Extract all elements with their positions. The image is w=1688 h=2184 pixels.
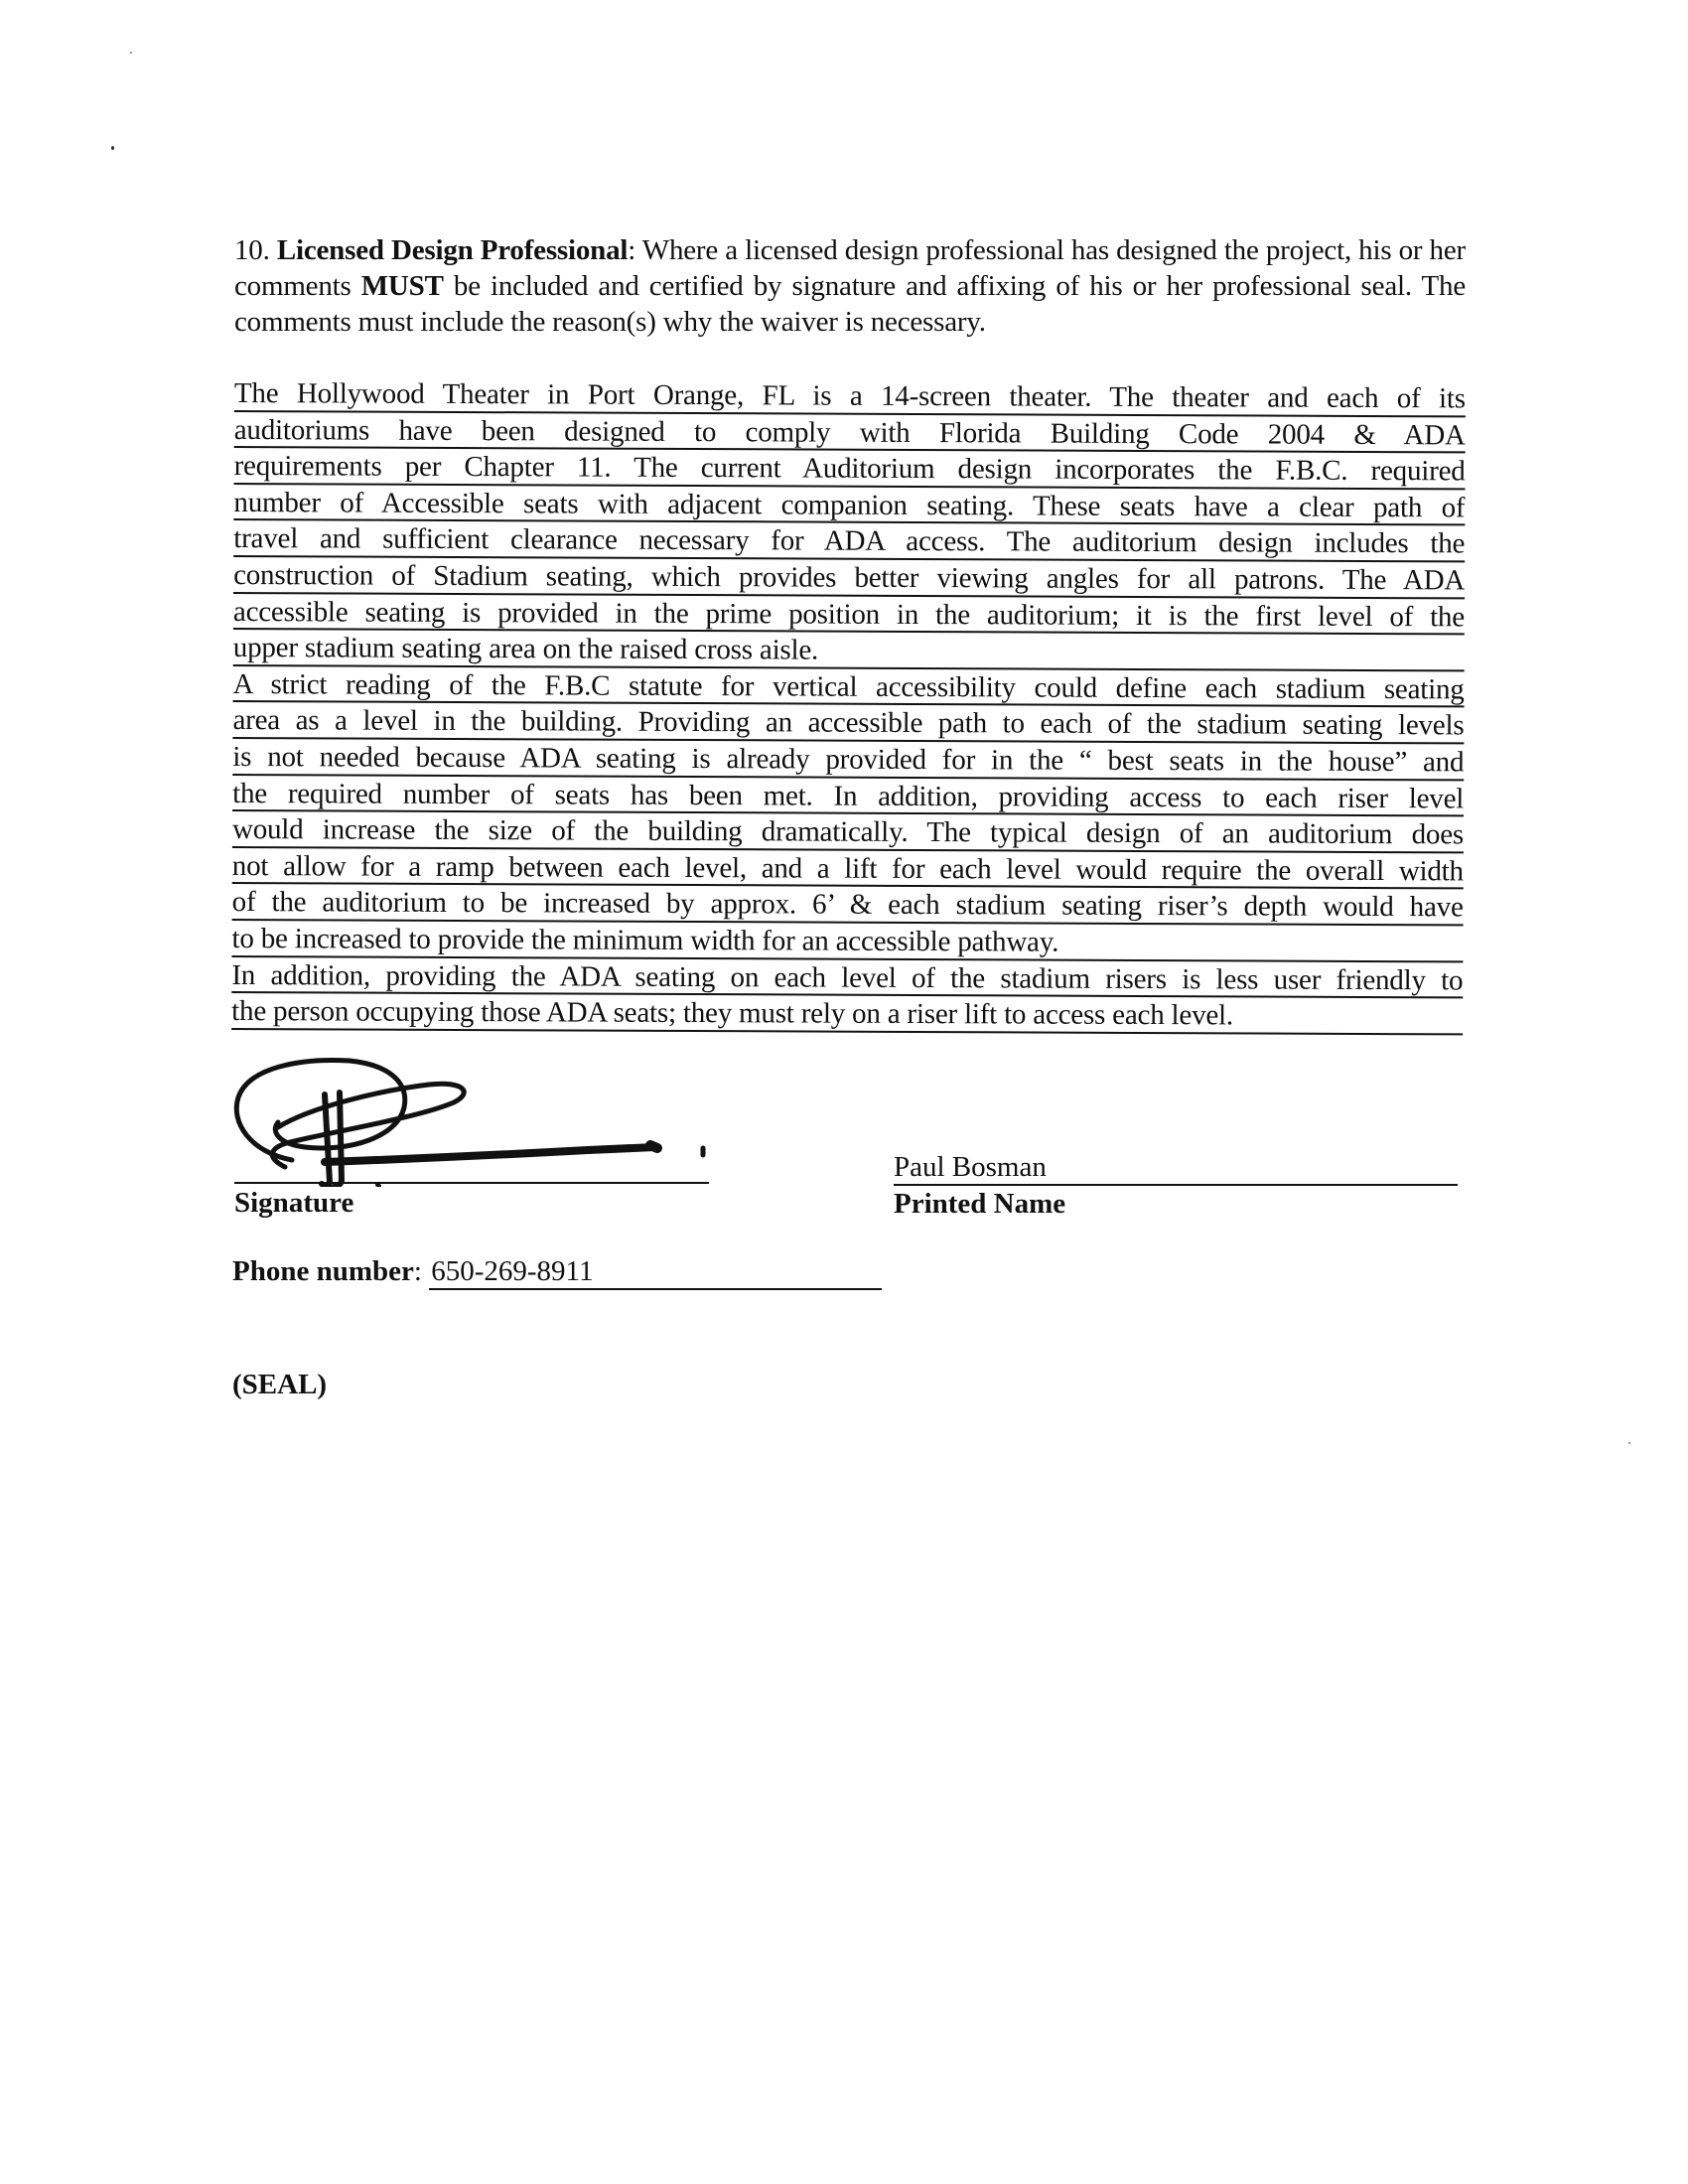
signature-block: Signature (230, 1053, 707, 1222)
comment-line: upper stadium seating area on the raised… (233, 630, 1465, 671)
comment-line: travel and sufficient clearance necessar… (233, 520, 1465, 562)
comment-line: In addition, providing the ADA seating o… (231, 956, 1463, 998)
comment-line: auditoriums have been designed to comply… (234, 412, 1466, 454)
comment-line: would increase the size of the building … (232, 811, 1464, 853)
printed-name-label: Printed Name (894, 1186, 1460, 1222)
comment-line: accessible seating is provided in the pr… (233, 594, 1465, 636)
scan-speck (130, 52, 132, 54)
phone-colon: : (414, 1255, 422, 1287)
phone-value: 650-269-8911 (429, 1254, 882, 1290)
printed-name-block: Paul Bosman Printed Name (894, 1150, 1460, 1222)
comment-line: of the auditorium to be increased by app… (232, 884, 1464, 926)
comment-line: The Hollywood Theater in Port Orange, FL… (234, 375, 1466, 417)
comment-line: construction of Stadium seating, which p… (233, 557, 1465, 599)
handwritten-signature-icon (230, 1053, 707, 1187)
signature-line (234, 1182, 709, 1184)
comment-line: the required number of seats has been me… (232, 776, 1464, 817)
comment-line: is not needed because ADA seating is alr… (232, 739, 1464, 781)
comment-line: area as a level in the building. Providi… (232, 702, 1464, 744)
section-number: 10. (234, 234, 270, 266)
comment-line: the person occupying those ADA seats; th… (231, 993, 1463, 1035)
scan-speck (111, 146, 114, 150)
comment-line: not allow for a ramp between each level,… (232, 848, 1464, 890)
printed-name-value: Paul Bosman (894, 1150, 1458, 1186)
seal-label: (SEAL) (232, 1369, 327, 1401)
phone-field: Phone number: 650-269-8911 (232, 1254, 882, 1290)
comment-line: number of Accessible seats with adjacent… (233, 485, 1465, 526)
document-page: 10. Licensed Design Professional: Where … (0, 0, 1688, 2184)
comment-line: requirements per Chapter 11. The current… (234, 448, 1466, 490)
scan-speck (1628, 1442, 1630, 1444)
comment-line: A strict reading of the F.B.C statute fo… (233, 666, 1465, 708)
section-instruction: 10. Licensed Design Professional: Where … (234, 232, 1466, 340)
phone-label: Phone number (232, 1255, 414, 1287)
signature-label: Signature (234, 1187, 353, 1220)
instruction-emphasis: MUST (361, 270, 444, 302)
comment-line: to be increased to provide the minimum w… (231, 921, 1463, 962)
professional-comments: The Hollywood Theater in Port Orange, FL… (231, 375, 1466, 1035)
section-title: Licensed Design Professional (277, 234, 628, 266)
